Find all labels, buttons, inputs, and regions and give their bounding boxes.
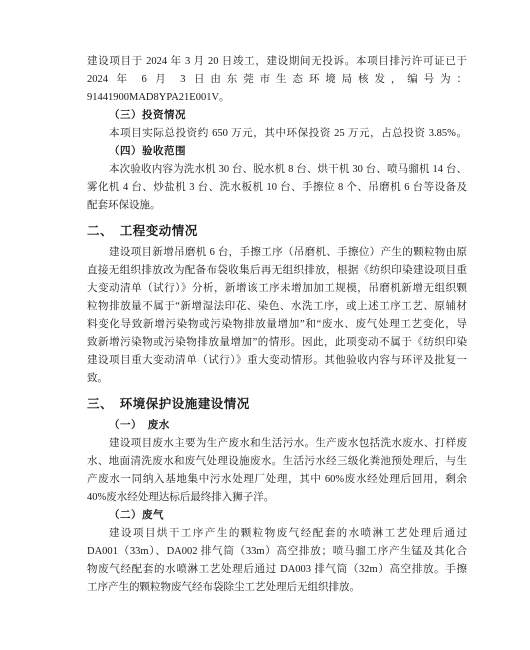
paragraph-line: 产废水一同纳入基地集中污水处理厂处理，其中 60%废水经处理后回用，剩余 xyxy=(87,471,467,489)
subsection-heading: （三）投资情况 xyxy=(87,107,467,125)
paragraph-line: 本次验收内容为洗水机 30 台、脱水机 8 台、烘干机 30 台、喷马骝机 14… xyxy=(87,161,467,179)
subsection-heading: （四）验收范围 xyxy=(87,143,467,161)
document-content: 建设项目于 2024 年 3 月 20 日竣工，建设期间无投诉。本项目排污许可证… xyxy=(87,53,467,597)
section-heading: 三、 环境保护设施建设情况 xyxy=(87,394,467,414)
paragraph-line: 2024 年 6 月 3 日由东莞市生态环境局核发，编号为： xyxy=(87,71,467,89)
paragraph-line: 建设项目新增吊磨机 6 台，手擦工序（吊磨机、手擦位）产生的颗粒物由原 xyxy=(87,244,467,262)
paragraph-line: 致。 xyxy=(87,370,467,388)
subsection-heading: （二）废气 xyxy=(87,507,467,525)
paragraph-line: 建设项目废水主要为生产废水和生活污水。生产废水包括洗水废水、打样废 xyxy=(87,435,467,453)
paragraph-line: 大变动清单（试行）》分析，新增该工序未增加加工规模，吊磨机新增无组织颗 xyxy=(87,280,467,298)
paragraph-line: 91441900MAD8YPA21E001V。 xyxy=(87,89,467,107)
document-page: 建设项目于 2024 年 3 月 20 日竣工，建设期间无投诉。本项目排污许可证… xyxy=(0,0,530,650)
paragraph-line: 工序产生的颗粒物废气经布袋除尘工艺处理后无组织排放。 xyxy=(87,579,467,597)
paragraph-line: 建设项目重大变动清单（试行）》重大变动情形。其他验收内容与环评及批复一 xyxy=(87,352,467,370)
paragraph-line: DA001（33m）、DA002 排气筒（33m）高空排放；喷马骝工序产生锰及其… xyxy=(87,543,467,561)
paragraph-line: 直接无组织排放改为配备布袋收集后再无组织排放，根据《纺织印染建设项目重 xyxy=(87,262,467,280)
subsection-heading: （一） 废水 xyxy=(87,417,467,435)
paragraph-line: 料变化导致新增污染物或污染物排放量增加”和“废水、废气处理工艺变化，导 xyxy=(87,316,467,334)
section-heading: 二、 工程变动情况 xyxy=(87,221,467,241)
paragraph-line: 本项目实际总投资约 650 万元，其中环保投资 25 万元，占总投资 3.85%… xyxy=(87,125,467,143)
paragraph-line: 物废气经配套的水喷淋工艺处理后通过 DA003 排气筒（32m）高空排放。手擦 xyxy=(87,561,467,579)
paragraph-line: 建设项目烘干工序产生的颗粒物废气经配套的水喷淋工艺处理后通过 xyxy=(87,525,467,543)
paragraph-line: 致新增污染物或污染物排放量增加”的情形。因此，此项变动不属于《纺织印染 xyxy=(87,334,467,352)
paragraph-line: 水、地面清洗废水和废气处理设施废水。生活污水经三级化粪池预处理后，与生 xyxy=(87,453,467,471)
paragraph-line: 建设项目于 2024 年 3 月 20 日竣工，建设期间无投诉。本项目排污许可证… xyxy=(87,53,467,71)
paragraph-line: 40%废水经处理达标后最终排入狮子洋。 xyxy=(87,489,467,507)
paragraph-line: 雾化机 4 台、炒盐机 3 台、洗水板机 10 台、手擦位 8 个、吊磨机 6 … xyxy=(87,179,467,197)
paragraph-line: 粒物排放量不属于“新增湿法印花、染色、水洗工序，或上述工序工艺、原辅材 xyxy=(87,298,467,316)
paragraph-line: 配套环保设施。 xyxy=(87,197,467,215)
